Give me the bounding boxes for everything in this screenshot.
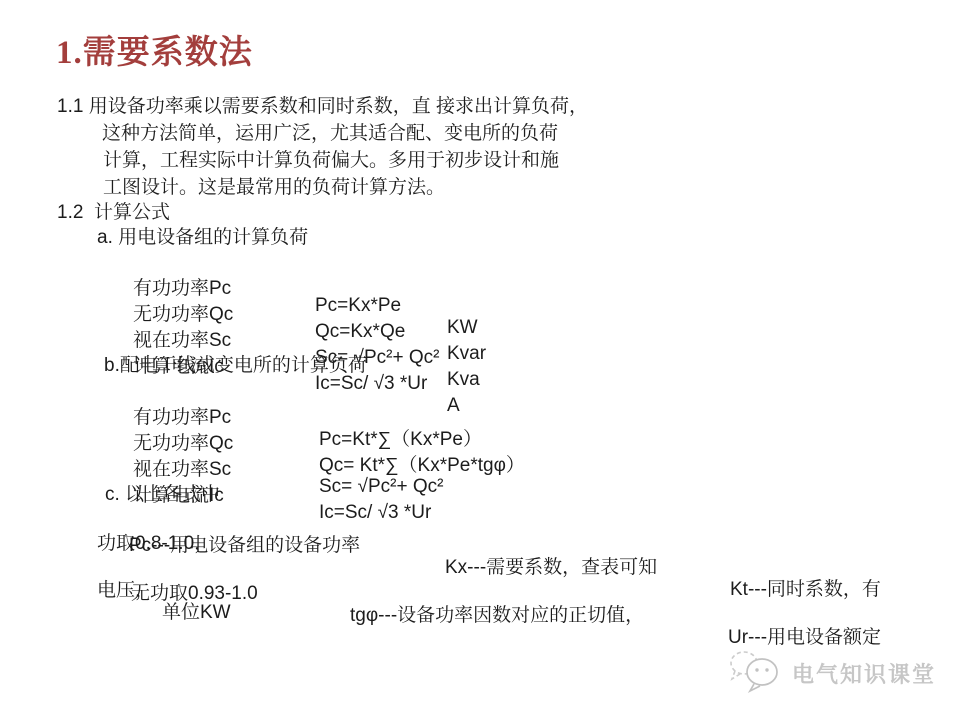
group-c-heading: c. 以上各式中	[105, 483, 220, 507]
watermark-label: 电气知识课堂	[792, 658, 936, 689]
definition-ur: Ur---用电设备额定	[728, 622, 881, 649]
formula-row: 有功功率Pc Pc=Kx*Pe KW	[57, 251, 937, 277]
definition-line: Pc---用电设备组的设备功率 Kx---需要系数，查表可知 Kt---同时系数…	[57, 508, 947, 534]
formula-row: 无功功率Qc Qc=Kx*Qe Kvar	[57, 277, 937, 303]
watermark: 电气知识课堂	[728, 648, 936, 698]
intro-line: 计算，工程实际中计算负荷偏大。多用于初步设计和施	[103, 149, 559, 173]
slide-title: 1.需要系数法	[56, 26, 253, 73]
intro-line: 1.1 用设备功率乘以需要系数和同时系数，直 接求出计算负荷，	[57, 95, 588, 119]
formula-row: 有功功率Pc Pc=Kt*∑（Kx*Pe）	[57, 380, 937, 406]
formula-row: 视在功率Sc Sc= √Pc²+ Qc² Kva	[57, 303, 937, 329]
definition-tgphi: tgφ---设备功率因数对应的正切值，	[350, 600, 644, 627]
intro-line: 工图设计。这是最常用的负荷计算方法。	[103, 176, 445, 200]
group-b-heading: b.配电干线或变电所的计算负荷	[104, 354, 367, 378]
unit-note: 单位KW	[162, 601, 231, 625]
wechat-icon	[728, 648, 784, 699]
intro-line: 这种方法简单，运用广泛，尤其适合配、变电所的负荷	[102, 122, 558, 146]
formula-row: 计算电流Ic Ic=Sc/ √3 *Ur	[57, 458, 937, 484]
formulas-heading: 1.2 计算公式	[57, 201, 170, 225]
slide: 1.需要系数法 1.1 用设备功率乘以需要系数和同时系数，直 接求出计算负荷， …	[0, 0, 960, 720]
definition-line-wrap: 电压，	[97, 579, 154, 603]
definition-line: 无功取0.93-1.0 tgφ---设备功率因数对应的正切值， Ur---用电设…	[57, 556, 947, 582]
formula-row: 视在功率Sc Sc= √Pc²+ Qc²	[57, 432, 937, 458]
definition-line-wrap: 功取0.8-1.0，	[97, 532, 213, 556]
group-a-heading: a. 用电设备组的计算负荷	[97, 226, 308, 250]
formula-row: 无功功率Qc Qc= Kt*∑（Kx*Pe*tgφ）	[57, 406, 937, 432]
formula-row: 计算电流Ic Ic=Sc/ √3 *Ur A	[57, 329, 937, 355]
